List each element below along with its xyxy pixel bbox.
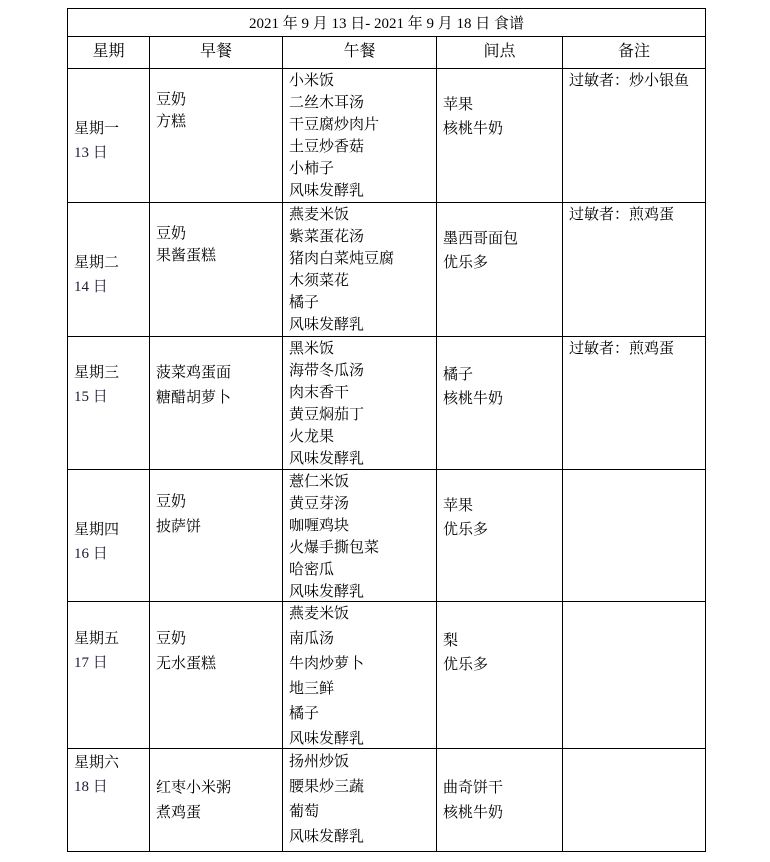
- lunch-item: 风味发酵乳: [289, 313, 436, 335]
- lunch-item: 腰果炒三蔬: [289, 775, 436, 800]
- lunch-item: 南瓜汤: [289, 627, 436, 652]
- breakfast-cell: 红枣小米粥 煮鸡蛋: [150, 749, 283, 852]
- weekday-label: 星期三: [74, 361, 149, 383]
- breakfast-item: 豆奶: [156, 490, 282, 512]
- breakfast-item: 豆奶: [156, 88, 282, 110]
- table-row: 星期一 13 日 豆奶 方糕 小米饭 二丝木耳汤 干豆腐炒肉片 土豆炒香菇 小柿…: [68, 69, 706, 203]
- breakfast-item: 红枣小米粥: [156, 776, 282, 801]
- breakfast-item: 无水蛋糕: [156, 652, 282, 674]
- snack-item: 优乐多: [443, 518, 562, 540]
- lunch-item: 风味发酵乳: [289, 447, 436, 469]
- snack-cell: 苹果 核桃牛奶: [437, 69, 563, 203]
- lunch-item: 橘子: [289, 291, 436, 313]
- header-row: 星期 早餐 午餐 间点 备注: [68, 37, 706, 69]
- snack-cell: 橘子 核桃牛奶: [437, 337, 563, 470]
- lunch-item: 黄豆芽汤: [289, 492, 436, 514]
- day-cell: 星期三 15 日: [68, 337, 150, 470]
- snack-cell: 曲奇饼干 核桃牛奶: [437, 749, 563, 852]
- lunch-cell: 燕麦米饭 紫菜蛋花汤 猪肉白菜炖豆腐 木须菜花 橘子 风味发酵乳: [283, 203, 437, 337]
- breakfast-item: 糖醋胡萝卜: [156, 386, 282, 408]
- snack-item: 梨: [443, 627, 562, 653]
- date-label: 15 日: [74, 386, 149, 408]
- lunch-item: 海带冬瓜汤: [289, 359, 436, 381]
- weekday-label: 星期四: [74, 518, 149, 540]
- weekly-menu-table: 2021 年 9 月 13 日- 2021 年 9 月 18 日 食谱 星期 早…: [67, 8, 706, 852]
- lunch-item: 咖喱鸡块: [289, 514, 436, 536]
- lunch-item: 肉末香干: [289, 381, 436, 403]
- date-label: 17 日: [74, 652, 149, 674]
- allergy-note: [569, 749, 705, 771]
- lunch-item: 火爆手撕包菜: [289, 536, 436, 558]
- lunch-item: 薏仁米饭: [289, 470, 436, 492]
- lunch-item: 紫菜蛋花汤: [289, 225, 436, 247]
- breakfast-cell: 豆奶 方糕: [150, 69, 283, 203]
- lunch-item: 哈密瓜: [289, 558, 436, 580]
- header-snack-label: 间点: [437, 37, 562, 61]
- snack-cell: 墨西哥面包 优乐多: [437, 203, 563, 337]
- weekday-label: 星期五: [74, 627, 149, 649]
- lunch-item: 风味发酵乳: [289, 179, 436, 201]
- table-row: 星期六 18 日 红枣小米粥 煮鸡蛋 扬州炒饭 腰果炒三蔬 葡萄 风味发酵乳 曲…: [68, 749, 706, 852]
- table-row: 星期二 14 日 豆奶 果酱蛋糕 燕麦米饭 紫菜蛋花汤 猪肉白菜炖豆腐 木须菜花…: [68, 203, 706, 337]
- breakfast-item: 豆奶: [156, 627, 282, 649]
- header-notes-label: 备注: [563, 37, 705, 61]
- day-cell: 星期六 18 日: [68, 749, 150, 852]
- notes-cell: [563, 602, 706, 749]
- lunch-item: 扬州炒饭: [289, 750, 436, 775]
- breakfast-item: 果酱蛋糕: [156, 244, 282, 266]
- lunch-item: 猪肉白菜炖豆腐: [289, 247, 436, 269]
- title-row: 2021 年 9 月 13 日- 2021 年 9 月 18 日 食谱: [68, 9, 706, 37]
- allergy-note: 过敏者：炒小银鱼: [569, 69, 705, 91]
- breakfast-cell: 菠菜鸡蛋面 糖醋胡萝卜: [150, 337, 283, 470]
- day-cell: 星期一 13 日: [68, 69, 150, 203]
- lunch-item: 地三鲜: [289, 677, 436, 702]
- header-lunch-label: 午餐: [283, 37, 436, 61]
- breakfast-item: 煮鸡蛋: [156, 801, 282, 823]
- lunch-item: 燕麦米饭: [289, 203, 436, 225]
- breakfast-cell: 豆奶 无水蛋糕: [150, 602, 283, 749]
- allergy-note: 过敏者：煎鸡蛋: [569, 337, 705, 359]
- notes-cell: 过敏者：炒小银鱼: [563, 69, 706, 203]
- weekday-label: 星期六: [74, 751, 149, 776]
- snack-item: 苹果: [443, 91, 562, 117]
- snack-cell: 梨 优乐多: [437, 602, 563, 749]
- breakfast-item: 豆奶: [156, 222, 282, 244]
- breakfast-cell: 豆奶 披萨饼: [150, 470, 283, 602]
- table-row: 星期四 16 日 豆奶 披萨饼 薏仁米饭 黄豆芽汤 咖喱鸡块 火爆手撕包菜 哈密…: [68, 470, 706, 602]
- header-snack: 间点: [437, 37, 563, 69]
- snack-item: 核桃牛奶: [443, 801, 562, 823]
- allergy-note: 过敏者：煎鸡蛋: [569, 203, 705, 225]
- snack-item: 优乐多: [443, 653, 562, 675]
- weekday-label: 星期二: [74, 251, 149, 273]
- weekday-label: 星期一: [74, 117, 149, 139]
- notes-cell: 过敏者：煎鸡蛋: [563, 203, 706, 337]
- snack-item: 优乐多: [443, 251, 562, 273]
- lunch-cell: 黑米饭 海带冬瓜汤 肉末香干 黄豆焖茄丁 火龙果 风味发酵乳: [283, 337, 437, 470]
- day-cell: 星期二 14 日: [68, 203, 150, 337]
- lunch-item: 燕麦米饭: [289, 602, 436, 627]
- date-label: 16 日: [74, 543, 149, 565]
- header-breakfast-label: 早餐: [150, 37, 282, 61]
- notes-cell: [563, 470, 706, 602]
- day-cell: 星期五 17 日: [68, 602, 150, 749]
- lunch-item: 风味发酵乳: [289, 825, 436, 847]
- lunch-cell: 薏仁米饭 黄豆芽汤 咖喱鸡块 火爆手撕包菜 哈密瓜 风味发酵乳: [283, 470, 437, 602]
- breakfast-item: 菠菜鸡蛋面: [156, 361, 282, 383]
- header-lunch: 午餐: [283, 37, 437, 69]
- header-notes: 备注: [563, 37, 706, 69]
- table-row: 星期三 15 日 菠菜鸡蛋面 糖醋胡萝卜 黑米饭 海带冬瓜汤 肉末香干 黄豆焖茄…: [68, 337, 706, 470]
- breakfast-cell: 豆奶 果酱蛋糕: [150, 203, 283, 337]
- snack-cell: 苹果 优乐多: [437, 470, 563, 602]
- snack-item: 橘子: [443, 361, 562, 387]
- lunch-item: 黑米饭: [289, 337, 436, 359]
- lunch-cell: 燕麦米饭 南瓜汤 牛肉炒萝卜 地三鲜 橘子 风味发酵乳: [283, 602, 437, 749]
- snack-item: 墨西哥面包: [443, 225, 562, 251]
- table-row: 星期五 17 日 豆奶 无水蛋糕 燕麦米饭 南瓜汤 牛肉炒萝卜 地三鲜 橘子 风…: [68, 602, 706, 749]
- lunch-item: 黄豆焖茄丁: [289, 403, 436, 425]
- lunch-item: 木须菜花: [289, 269, 436, 291]
- header-day: 星期: [68, 37, 150, 69]
- lunch-item: 火龙果: [289, 425, 436, 447]
- lunch-item: 牛肉炒萝卜: [289, 652, 436, 677]
- notes-cell: 过敏者：煎鸡蛋: [563, 337, 706, 470]
- menu-title: 2021 年 9 月 13 日- 2021 年 9 月 18 日 食谱: [68, 9, 706, 37]
- date-label: 18 日: [74, 776, 149, 798]
- day-cell: 星期四 16 日: [68, 470, 150, 602]
- date-label: 13 日: [74, 142, 149, 164]
- lunch-cell: 小米饭 二丝木耳汤 干豆腐炒肉片 土豆炒香菇 小柿子 风味发酵乳: [283, 69, 437, 203]
- date-label: 14 日: [74, 276, 149, 298]
- lunch-item: 干豆腐炒肉片: [289, 113, 436, 135]
- snack-item: 核桃牛奶: [443, 117, 562, 139]
- notes-cell: [563, 749, 706, 852]
- lunch-item: 土豆炒香菇: [289, 135, 436, 157]
- lunch-item: 葡萄: [289, 800, 436, 825]
- lunch-item: 二丝木耳汤: [289, 91, 436, 113]
- snack-item: 曲奇饼干: [443, 776, 562, 801]
- allergy-note: [569, 470, 705, 492]
- lunch-item: 橘子: [289, 702, 436, 727]
- lunch-item: 风味发酵乳: [289, 580, 436, 602]
- lunch-item: 小柿子: [289, 157, 436, 179]
- allergy-note: [569, 602, 705, 624]
- snack-item: 核桃牛奶: [443, 387, 562, 409]
- snack-item: 苹果: [443, 492, 562, 518]
- header-breakfast: 早餐: [150, 37, 283, 69]
- header-day-label: 星期: [68, 37, 149, 61]
- breakfast-item: 披萨饼: [156, 515, 282, 537]
- lunch-item: 小米饭: [289, 69, 436, 91]
- breakfast-item: 方糕: [156, 110, 282, 132]
- lunch-cell: 扬州炒饭 腰果炒三蔬 葡萄 风味发酵乳: [283, 749, 437, 852]
